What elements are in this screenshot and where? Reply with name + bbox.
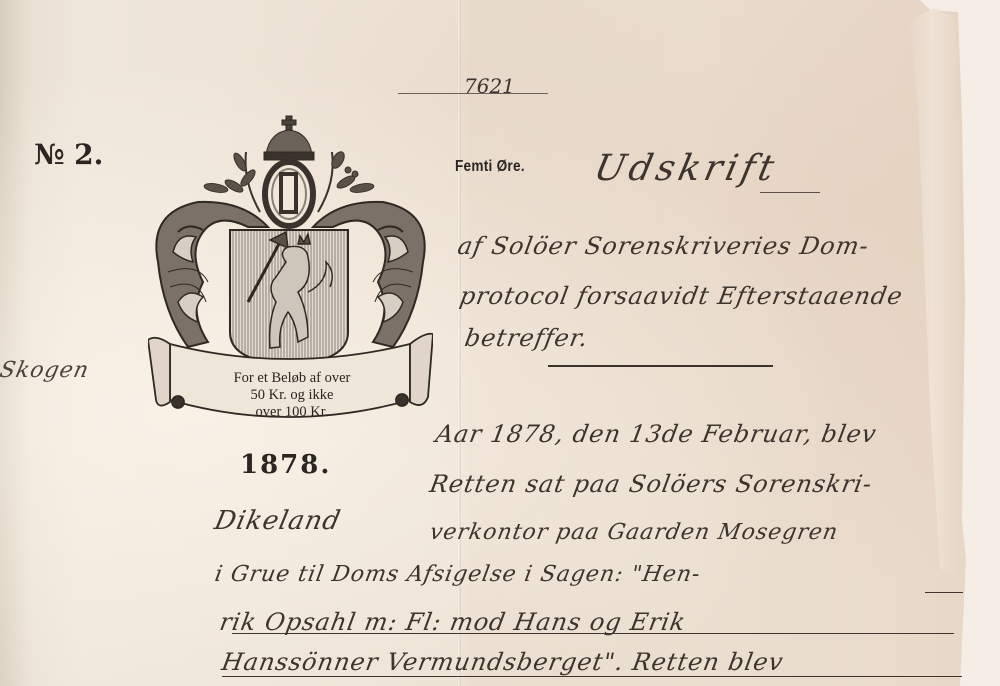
- underline-case-name-1: [232, 633, 954, 634]
- body-line-2: Retten sat paa Solöers Sorenskri-: [428, 470, 875, 498]
- body-line-3-insert: Dikeland: [212, 506, 344, 536]
- heading-line-2: protocol forsaavidt Efterstaaende: [458, 282, 906, 310]
- margin-note: Skogen: [0, 358, 92, 383]
- heading-line-1: af Solöer Sorenskriveries Dom-: [456, 232, 872, 260]
- stamp-banner-line-3: over 100 Kr.: [198, 404, 386, 421]
- body-line-5: rik Opsahl m: Fl: mod Hans og Erik: [218, 608, 689, 636]
- heading-divider: [548, 365, 773, 367]
- serial-number-field: 7621: [398, 76, 548, 98]
- body-line-4: i Grue til Doms Afsigelse i Sagen: "Hen-: [213, 562, 703, 587]
- title-flourish: [760, 192, 820, 193]
- document-number: № 2.: [34, 138, 103, 171]
- stamp-banner-text: For et Beløb af over 50 Kr. og ikke over…: [198, 370, 386, 421]
- stamp-banner-line-1: For et Beløb af over: [198, 370, 386, 387]
- coat-of-arms-stamp: For et Beløb af over 50 Kr. og ikke over…: [148, 112, 433, 452]
- stamp-banner-line-2: 50 Kr. og ikke: [198, 387, 386, 404]
- serial-number: 7621: [464, 74, 515, 98]
- body-line-1: Aar 1878, den 13de Februar, blev: [434, 420, 879, 448]
- underline-case-name-start: [925, 592, 963, 593]
- document-title: Udskrift: [591, 148, 782, 189]
- stamp-value: Femti Øre.: [455, 158, 525, 176]
- stamp-year: 1878.: [240, 450, 331, 480]
- body-line-3: verkontor paa Gaarden Mosegren: [428, 520, 840, 545]
- heading-line-3: betreffer.: [463, 324, 591, 352]
- body-line-6: Hanssönner Vermundsberget". Retten blev: [220, 648, 786, 676]
- underline-case-name-2: [222, 676, 962, 677]
